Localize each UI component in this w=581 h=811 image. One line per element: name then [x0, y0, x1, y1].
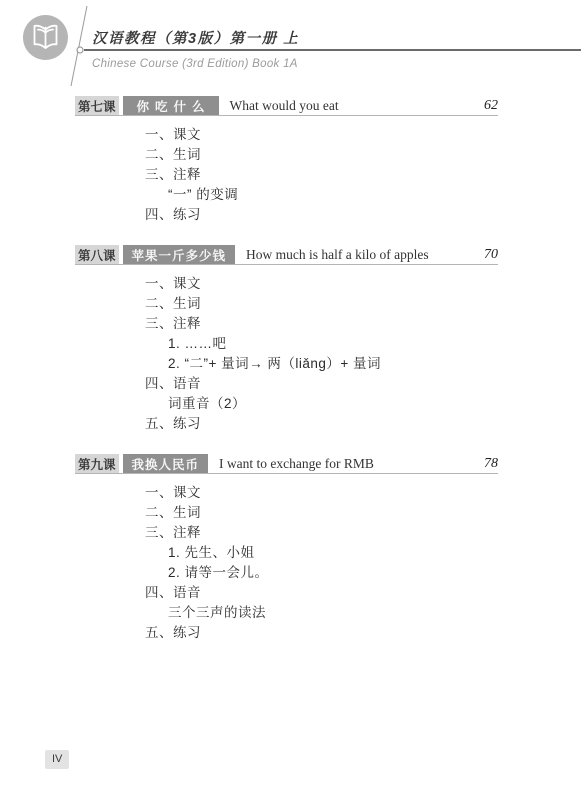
lesson-block-7: 第七课 你吃什么 What would you eat 62 一、课文 二、生词… [75, 96, 498, 225]
book-title-en: Chinese Course (3rd Edition) Book 1A [92, 58, 299, 70]
heading-spacer [374, 454, 484, 473]
lesson-heading: 第七课 你吃什么 What would you eat 62 [75, 96, 498, 116]
toc-subitem: 1. ……吧 [75, 334, 498, 354]
lesson-title-en: What would you eat [230, 98, 339, 114]
toc-item: 一、课文 [75, 274, 498, 294]
toc-item: 一、课文 [75, 125, 498, 145]
heading-spacer [339, 96, 484, 115]
lesson-page-number: 70 [484, 247, 498, 263]
toc-item: 二、生词 [75, 503, 498, 523]
toc-item: 四、语音 [75, 374, 498, 394]
toc-subitem: 2. “二”+ 量词→ 两（liǎng）+ 量词 [75, 354, 498, 374]
toc-subitem: “一” 的变调 [75, 185, 498, 205]
toc-item: 二、生词 [75, 145, 498, 165]
toc-subitem: 1. 先生、小姐 [75, 543, 498, 563]
open-book-icon [23, 15, 68, 60]
page-number-badge: IV [45, 750, 69, 769]
lesson-title-zh: 我换人民币 [123, 454, 209, 473]
lesson-item-list: 一、课文 二、生词 三、注释 1. ……吧 2. “二”+ 量词→ 两（liǎn… [75, 274, 498, 434]
toc-item: 一、课文 [75, 483, 498, 503]
toc-subitem: 2. 请等一会儿。 [75, 563, 498, 583]
lesson-item-list: 一、课文 二、生词 三、注释 1. 先生、小姐 2. 请等一会儿。 四、语音 三… [75, 483, 498, 643]
toc-item: 三、注释 [75, 165, 498, 185]
toc-item: 四、语音 [75, 583, 498, 603]
heading-spacer [429, 245, 484, 264]
toc-item: 三、注释 [75, 314, 498, 334]
toc-item: 二、生词 [75, 294, 498, 314]
book-title-zh: 汉语教程（第3版）第一册 上 [92, 27, 299, 48]
lesson-title-zh: 苹果一斤多少钱 [123, 245, 236, 264]
toc-item: 五、练习 [75, 623, 498, 643]
toc-item: 三、注释 [75, 523, 498, 543]
toc-subitem: 三个三声的读法 [75, 603, 498, 623]
lesson-number-badge: 第八课 [75, 245, 119, 264]
toc-subitem: 词重音（2） [75, 394, 498, 414]
publisher-logo [23, 15, 68, 60]
toc-item: 四、练习 [75, 205, 498, 225]
toc-item: 五、练习 [75, 414, 498, 434]
lesson-heading: 第九课 我换人民币 I want to exchange for RMB 78 [75, 454, 498, 474]
lesson-block-8: 第八课 苹果一斤多少钱 How much is half a kilo of a… [75, 245, 498, 434]
lesson-title-en: I want to exchange for RMB [219, 456, 374, 472]
lesson-number-badge: 第九课 [75, 454, 119, 473]
lesson-heading: 第八课 苹果一斤多少钱 How much is half a kilo of a… [75, 245, 498, 265]
lesson-block-9: 第九课 我换人民币 I want to exchange for RMB 78 … [75, 454, 498, 643]
lesson-number-badge: 第七课 [75, 96, 119, 115]
lesson-title-en: How much is half a kilo of apples [246, 247, 429, 263]
book-title-group: 汉语教程（第3版）第一册 上 Chinese Course (3rd Editi… [92, 27, 299, 70]
book-page: 汉语教程（第3版）第一册 上 Chinese Course (3rd Editi… [0, 0, 581, 811]
lesson-item-list: 一、课文 二、生词 三、注释 “一” 的变调 四、练习 [75, 125, 498, 225]
lesson-title-zh: 你吃什么 [123, 96, 219, 115]
lesson-page-number: 62 [484, 98, 498, 114]
lesson-page-number: 78 [484, 456, 498, 472]
table-of-contents: 第七课 你吃什么 What would you eat 62 一、课文 二、生词… [75, 96, 498, 663]
page-header: 汉语教程（第3版）第一册 上 Chinese Course (3rd Editi… [0, 0, 581, 92]
